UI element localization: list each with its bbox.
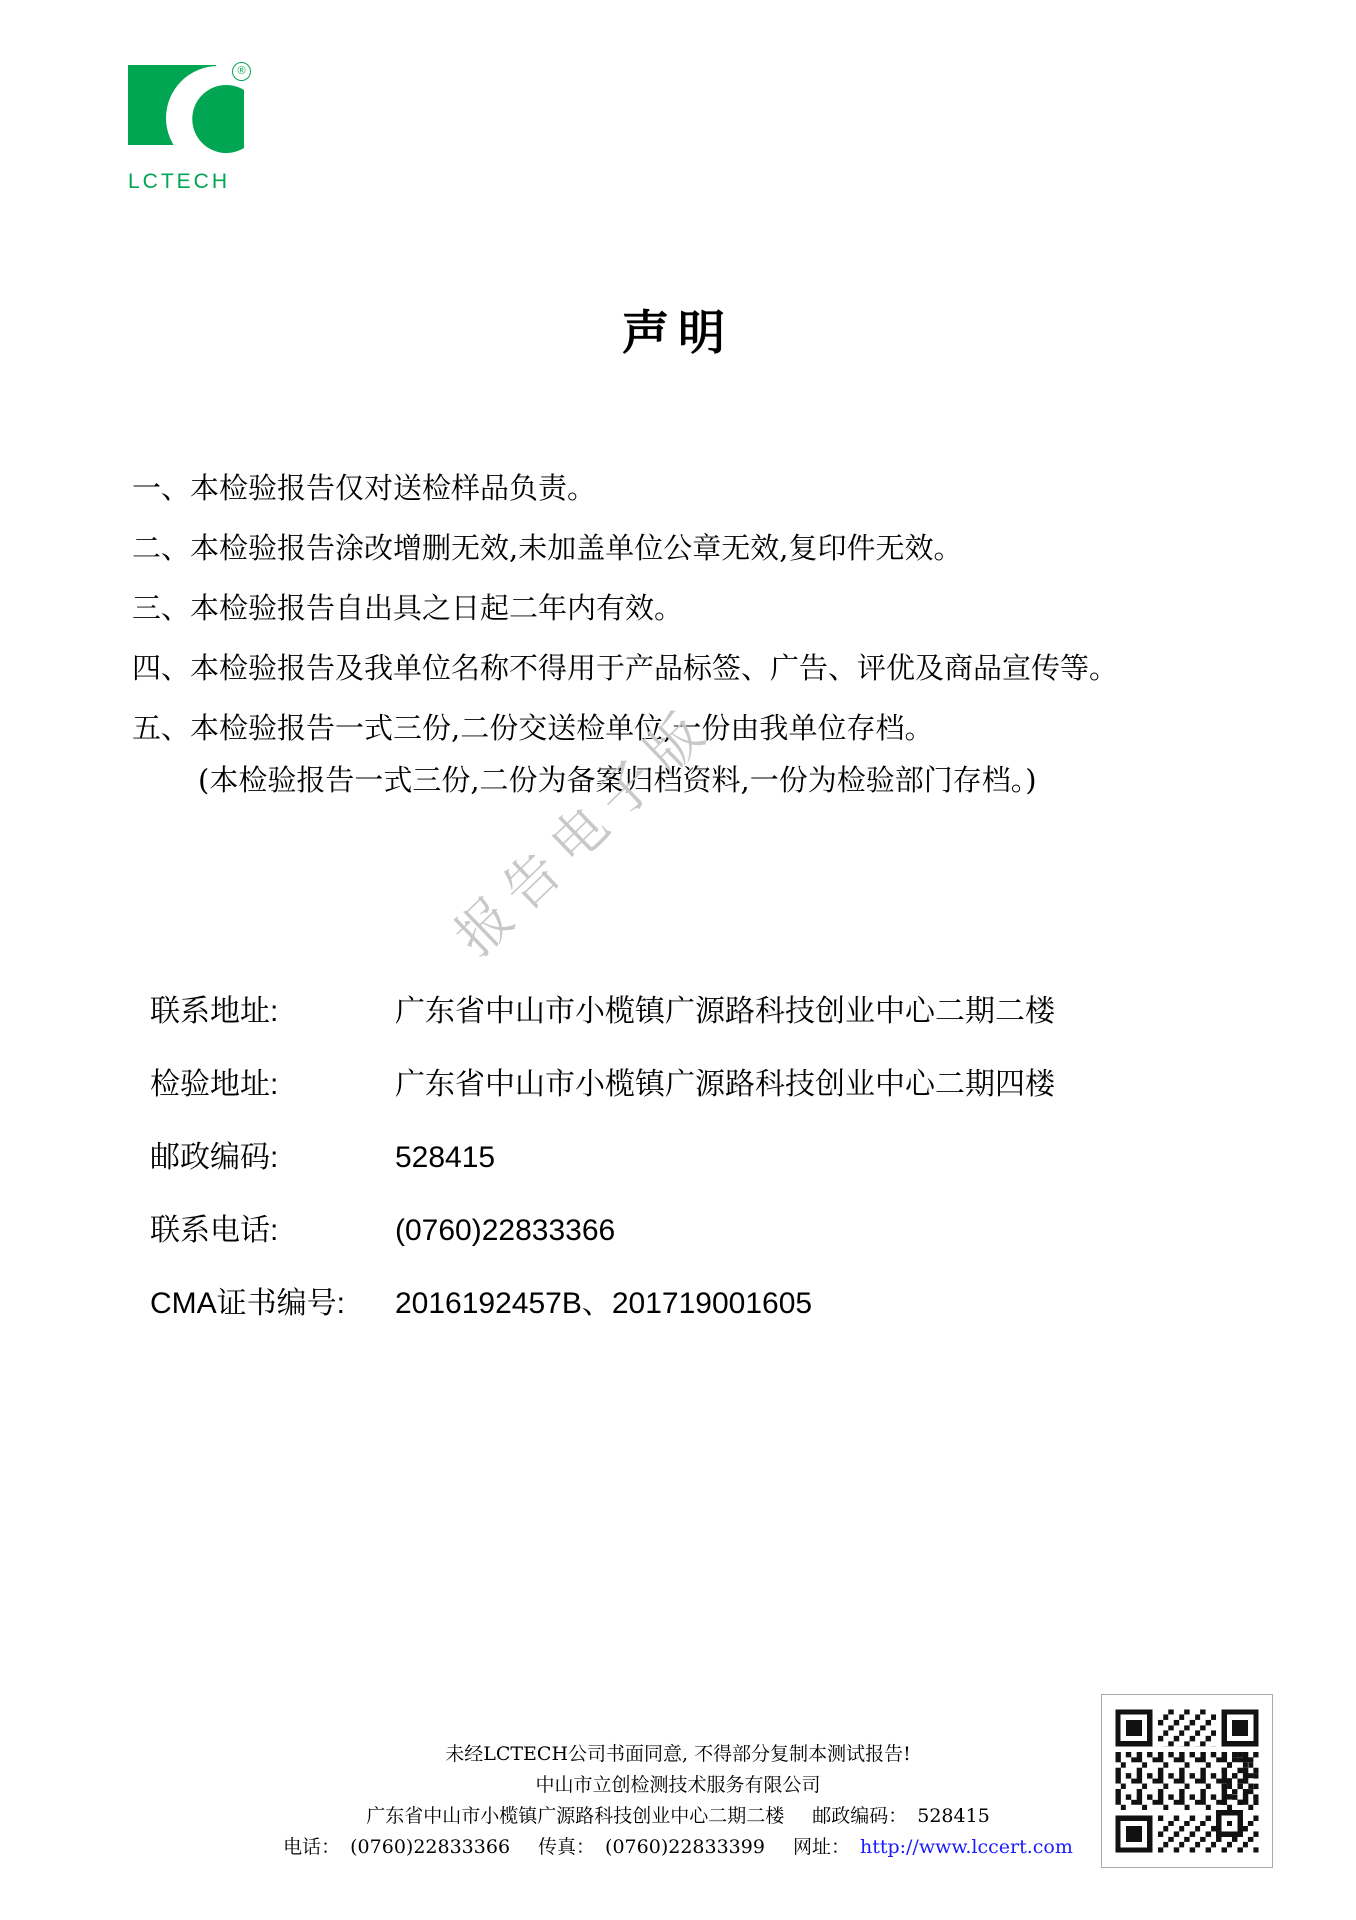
contact-value: (0760)22833366 xyxy=(395,1214,615,1248)
qr-code xyxy=(1101,1694,1273,1868)
statement-item-2: 二、本检验报告涂改增删无效,未加盖单位公章无效,复印件无效。 xyxy=(132,518,1262,578)
website-link[interactable]: http://www.lccert.com xyxy=(860,1836,1073,1858)
contact-value: 528415 xyxy=(395,1141,495,1175)
statement-item-5: 五、本检验报告一式三份,二份交送检单位,一份由我单位存档。 xyxy=(132,698,1262,758)
footer-web-label: 网址： xyxy=(793,1836,850,1858)
page-title: 声明 xyxy=(0,296,1356,363)
contact-label: 检验地址: xyxy=(150,1068,395,1102)
statement-item-4: 四、本检验报告及我单位名称不得用于产品标签、广告、评优及商品宣传等。 xyxy=(132,638,1262,698)
footer-fax-label: 传真： xyxy=(538,1836,595,1858)
qr-code-icon xyxy=(1110,1703,1264,1859)
footer-phone-label: 电话： xyxy=(283,1836,340,1858)
contact-label: CMA证书编号: xyxy=(150,1287,395,1321)
footer-phone-number: (0760)22833366 xyxy=(350,1836,510,1858)
footer-postal-code: 528415 xyxy=(917,1805,990,1827)
contact-label: 邮政编码: xyxy=(150,1141,395,1175)
contact-value: 2016192457B、201719001605 xyxy=(395,1287,812,1321)
contact-section: 联系地址: 广东省中山市小榄镇广源路科技创业中心二期二楼 检验地址: 广东省中山… xyxy=(150,995,1250,1360)
contact-row-address: 联系地址: 广东省中山市小榄镇广源路科技创业中心二期二楼 xyxy=(150,995,1250,1029)
statement-item-1: 一、本检验报告仅对送检样品负责。 xyxy=(132,458,1262,518)
statement-item-3: 三、本检验报告自出具之日起二年内有效。 xyxy=(132,578,1262,638)
contact-row-phone: 联系电话: (0760)22833366 xyxy=(150,1214,1250,1248)
lctech-logo-icon xyxy=(126,58,276,176)
contact-value: 广东省中山市小榄镇广源路科技创业中心二期二楼 xyxy=(395,995,1055,1029)
contact-label: 联系电话: xyxy=(150,1214,395,1248)
footer-fax-number: (0760)22833399 xyxy=(605,1836,765,1858)
contact-label: 联系地址: xyxy=(150,995,395,1029)
contact-value: 广东省中山市小榄镇广源路科技创业中心二期四楼 xyxy=(395,1068,1055,1102)
declaration-page: ® LCTECH 声明 一、本检验报告仅对送检样品负责。 二、本检验报告涂改增删… xyxy=(0,0,1356,1920)
brand-logo: ® LCTECH xyxy=(126,58,286,198)
statement-note: (本检验报告一式三份,二份为备案归档资料,一份为检验部门存档。) xyxy=(132,758,1262,802)
contact-row-postal-code: 邮政编码: 528415 xyxy=(150,1141,1250,1175)
contact-row-cma-certificate: CMA证书编号: 2016192457B、201719001605 xyxy=(150,1287,1250,1321)
footer-address: 广东省中山市小榄镇广源路科技创业中心二期二楼 xyxy=(366,1805,784,1827)
brand-name: LCTECH xyxy=(128,170,230,194)
registered-trademark-icon: ® xyxy=(232,62,251,81)
statement-list: 一、本检验报告仅对送检样品负责。 二、本检验报告涂改增删无效,未加盖单位公章无效… xyxy=(132,458,1262,802)
contact-row-inspection-address: 检验地址: 广东省中山市小榄镇广源路科技创业中心二期四楼 xyxy=(150,1068,1250,1102)
footer-postal-label: 邮政编码： xyxy=(812,1805,907,1827)
